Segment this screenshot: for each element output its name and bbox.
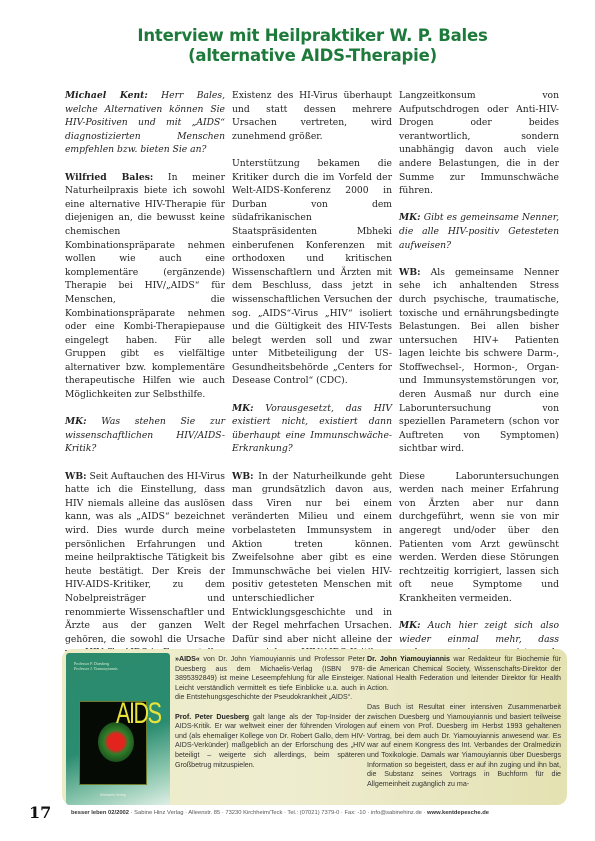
interview-question: MK: Was stehen Sie zur wissenschaftliche… xyxy=(65,415,225,456)
interview-answer: Wilfried Bales: In meiner Naturheilpraxi… xyxy=(65,171,225,402)
text-column-2: Existenz des HI-Virus überhaupt und stat… xyxy=(232,89,392,687)
box-paragraph: Prof. Peter Duesberg galt lange als der … xyxy=(175,713,365,771)
speaker-label: WB: xyxy=(65,471,86,482)
box-paragraph: Dr. John Yiamouyiannis war Redakteur für… xyxy=(367,655,561,693)
interview-answer: WB: Als gemeinsame Nenner sehe ich anhal… xyxy=(399,266,559,456)
book-publisher: Michaelis-Verlag xyxy=(100,793,126,797)
speaker-label: MK: xyxy=(65,416,87,427)
page-number: 17 xyxy=(29,803,51,822)
article-title: Interview mit Heilpraktiker W. P. Bales … xyxy=(60,26,565,66)
speaker-label: MK: xyxy=(399,620,421,631)
text-column-1: Michael Kent: Herr Bales, welche Alterna… xyxy=(65,89,225,687)
speaker-label: WB: xyxy=(232,471,253,482)
body-paragraph: Existenz des HI-Virus überhaupt und stat… xyxy=(232,89,392,143)
website-link[interactable]: www.kentdepesche.de xyxy=(427,810,489,816)
title-line-1: Interview mit Heilpraktiker W. P. Bales xyxy=(60,26,565,46)
interview-answer: WB: In der Naturheilkunde geht man grund… xyxy=(232,470,392,674)
interview-question: MK: Gibt es gemeinsame Nenner, die alle … xyxy=(399,211,559,252)
book-title: AIDS xyxy=(116,699,161,729)
box-text-column-2: Dr. John Yiamouyiannis war Redakteur für… xyxy=(367,655,561,799)
box-paragraph: Das Buch ist Resultat einer intensiven Z… xyxy=(367,703,561,789)
box-paragraph: »AIDS« von Dr. John Yiamouyiannis und Pr… xyxy=(175,655,365,703)
interview-question: Michael Kent: Herr Bales, welche Alterna… xyxy=(65,89,225,157)
speaker-label: MK: xyxy=(232,403,254,414)
magazine-issue: besser leben 02/2002 xyxy=(71,810,129,816)
book-authors: Professor P. Duesberg Professor J. Yiamo… xyxy=(74,661,118,671)
speaker-label: Wilfried Bales: xyxy=(65,172,153,183)
publisher-details: · Sabine Hinz Verlag · Alleenstr. 85 · 7… xyxy=(129,810,427,816)
speaker-label: Michael Kent: xyxy=(65,90,148,101)
speaker-label: WB: xyxy=(399,267,420,278)
body-paragraph: Langzeitkonsum von Aufputschdrogen oder … xyxy=(399,89,559,198)
interview-answer: WB: Seit Auftauchen des HI-Virus hatte i… xyxy=(65,470,225,674)
body-paragraph: Unterstützung bekamen die Kritiker durch… xyxy=(232,157,392,388)
text-column-3: Langzeitkonsum von Aufputschdrogen oder … xyxy=(399,89,559,687)
book-cover-image: Professor P. Duesberg Professor J. Yiamo… xyxy=(66,653,170,805)
box-text-column-1: »AIDS« von Dr. John Yiamouyiannis und Pr… xyxy=(175,655,365,780)
body-paragraph: Diese Laboruntersuchungen werden nach me… xyxy=(399,470,559,606)
speaker-label: MK: xyxy=(399,212,421,223)
page-footer: besser leben 02/2002 · Sabine Hinz Verla… xyxy=(71,810,571,816)
interview-question: MK: Vorausgesetzt, das HIV existiert nic… xyxy=(232,402,392,456)
title-line-2: (alternative AIDS-Therapie) xyxy=(60,46,565,66)
